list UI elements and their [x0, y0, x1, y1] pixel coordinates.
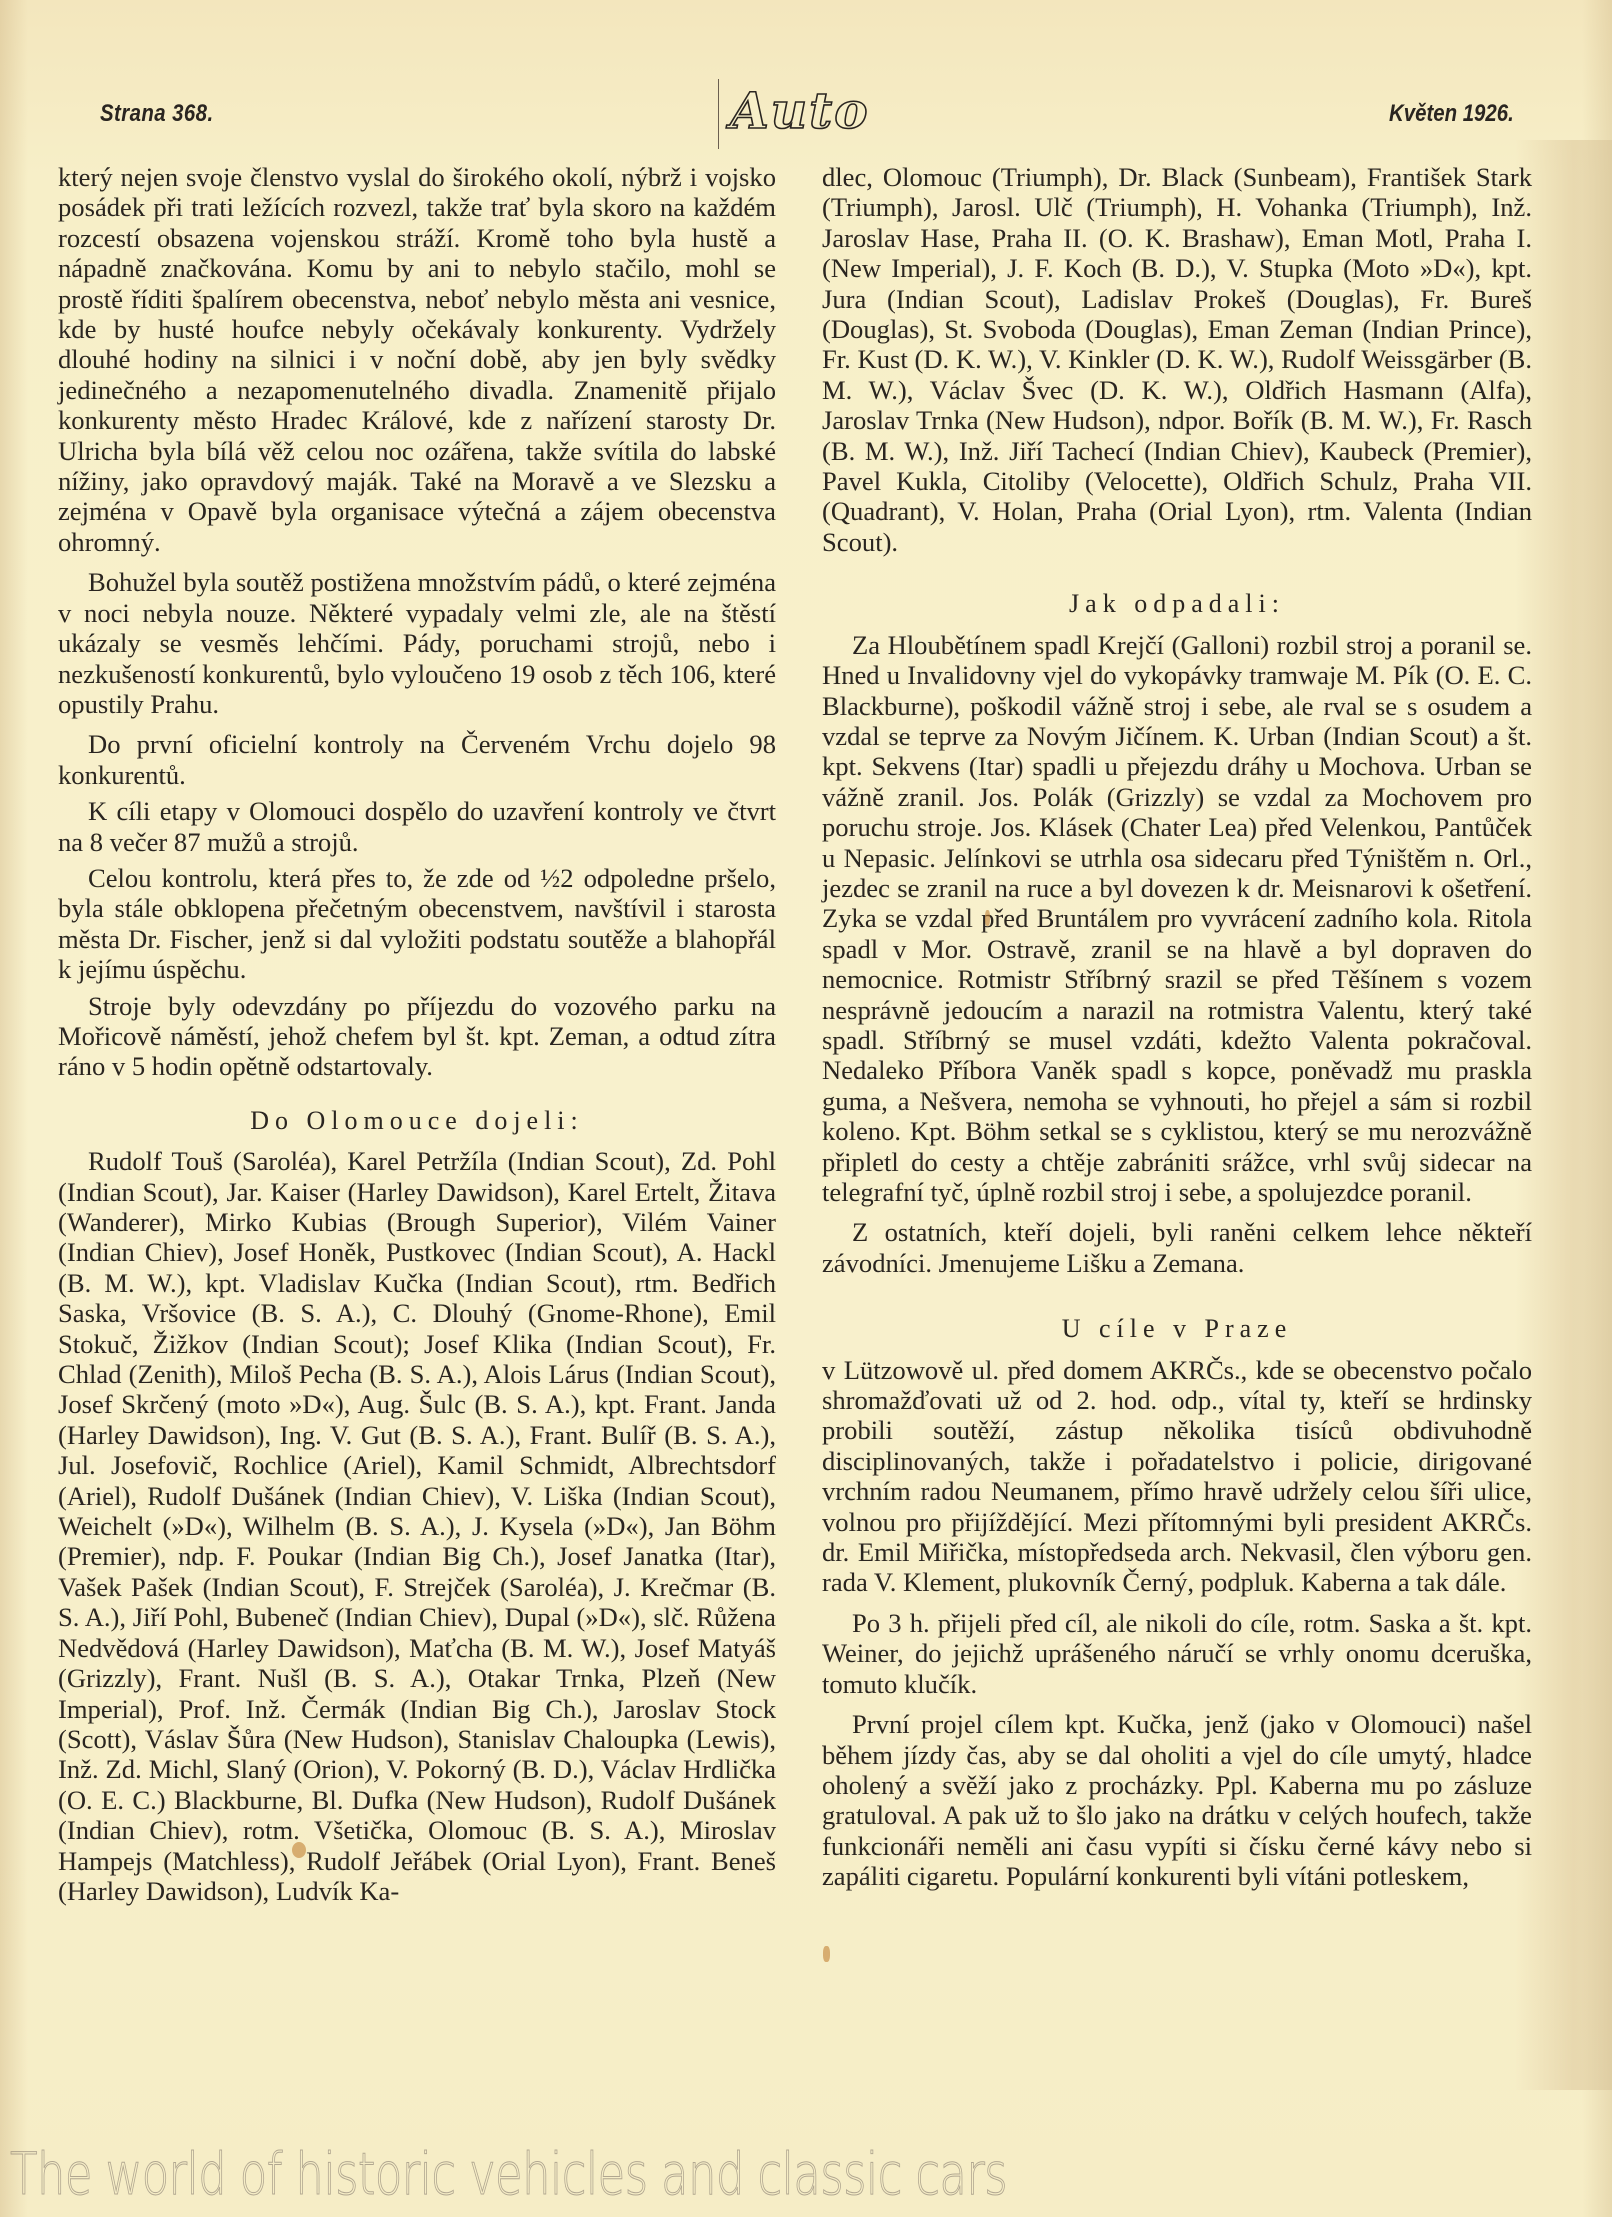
finishers-list-continued: dlec, Olomouc (Triumph), Dr. Black (Sunb…	[822, 162, 1532, 557]
section-heading-dropouts: Jak odpadali:	[822, 589, 1532, 619]
paragraph-intro-continued: který nejen svoje členstvo vyslal do šir…	[58, 162, 776, 557]
paragraph-dropouts: Za Hloubětínem spadl Krejčí (Galloni) ro…	[822, 630, 1532, 1208]
paragraph-crashes: Bohužel byla soutěž postižena množstvím …	[58, 567, 776, 719]
section-heading-olomouc: Do Olomouce dojeli:	[58, 1106, 776, 1136]
issue-date: Květen 1926.	[1389, 100, 1514, 128]
page-number: Strana 368.	[100, 100, 214, 128]
paper-stain	[823, 1946, 830, 1962]
paragraph-olomouc-arrival: K cíli etapy v Olomouci dospělo do uzavř…	[58, 796, 776, 857]
paragraph-vehicle-park: Stroje byly odevzdány po příjezdu do voz…	[58, 991, 776, 1082]
paper-stain	[292, 1842, 306, 1858]
page-header: Strana 368. Auto Květen 1926.	[0, 85, 1612, 145]
watermark-tagline: The world of historic vehicles and class…	[10, 2140, 1007, 2208]
paragraph-injured: Z ostatních, kteří dojeli, byli raněni c…	[822, 1217, 1532, 1278]
left-column: který nejen svoje členstvo vyslal do šir…	[58, 162, 776, 1906]
right-column: dlec, Olomouc (Triumph), Dr. Black (Sunb…	[822, 162, 1532, 1892]
section-heading-prague-finish: U cíle v Praze	[822, 1314, 1532, 1344]
paragraph-control-visit: Celou kontrolu, která přes to, že zde od…	[58, 863, 776, 985]
paper-stain	[985, 910, 990, 926]
magazine-logo: Auto	[730, 81, 870, 140]
paragraph-prague-first-finisher: První projel cílem kpt. Kučka, jenž (jak…	[822, 1709, 1532, 1891]
header-divider	[718, 79, 719, 149]
paragraph-prague-arrivals: Po 3 h. přijeli před cíl, ale nikoli do …	[822, 1608, 1532, 1699]
finishers-list: Rudolf Touš (Saroléa), Karel Petržíla (I…	[58, 1146, 776, 1906]
paragraph-prague-crowd: v Lützowově ul. před domem AKRČs., kde s…	[822, 1355, 1532, 1598]
paragraph-first-control: Do první oficielní kontroly na Červeném …	[58, 729, 776, 790]
